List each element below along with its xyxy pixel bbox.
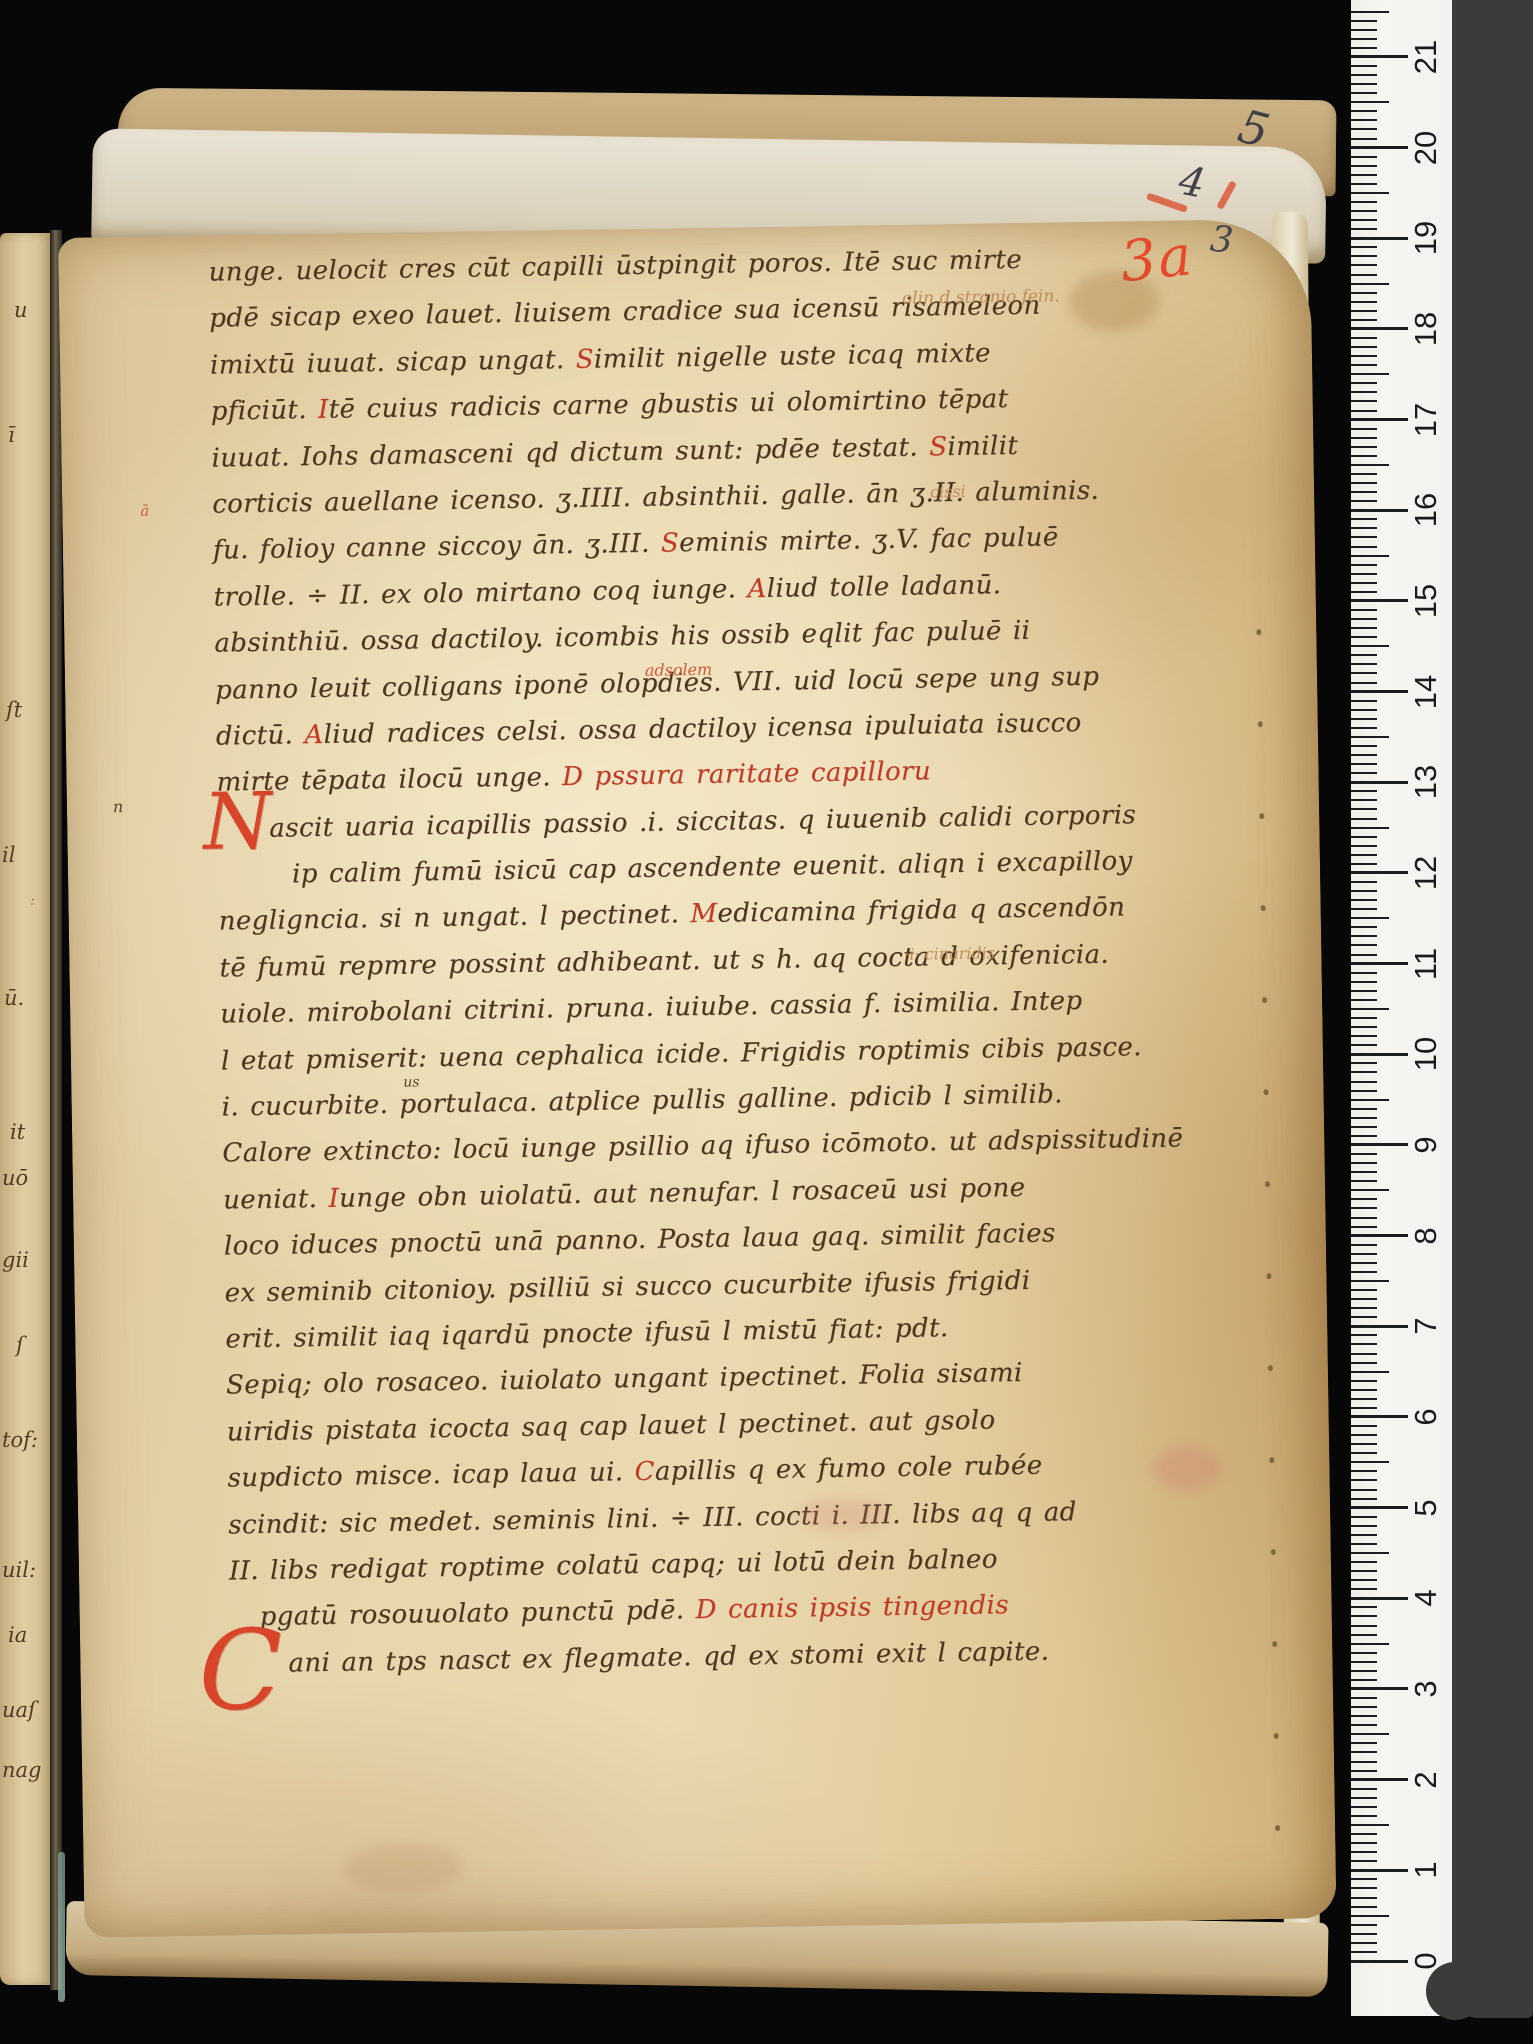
ruler-mm-tick bbox=[1351, 1298, 1377, 1300]
ink-text: corticis auellane icenso. ʒ.IIII. absint… bbox=[212, 476, 1099, 520]
ruler-mm-tick bbox=[1351, 1307, 1377, 1309]
ruler-label: 16 bbox=[1404, 487, 1448, 533]
stain bbox=[343, 1842, 464, 1894]
ruler-mm-tick bbox=[1351, 772, 1377, 774]
edge-fragment: gii bbox=[2, 1248, 29, 1272]
ruler-mm-tick bbox=[1351, 1217, 1377, 1219]
ruler-label: 10 bbox=[1404, 1031, 1448, 1077]
ruler-mm-tick bbox=[1351, 1135, 1377, 1137]
ruler-mm-tick bbox=[1351, 1017, 1377, 1019]
ruler-mm-tick bbox=[1351, 1443, 1377, 1445]
ruler-mm-tick bbox=[1351, 745, 1377, 747]
ruler-mm-tick bbox=[1351, 110, 1377, 112]
ruler-mm-tick bbox=[1351, 183, 1377, 185]
pricking-dot bbox=[1268, 1365, 1273, 1371]
ink-text: imilit nigelle uste icaq mixte bbox=[594, 338, 991, 374]
ruler-mm-tick bbox=[1351, 1262, 1377, 1264]
ruler-mm-tick bbox=[1351, 301, 1377, 303]
pricking-dot bbox=[1274, 1733, 1279, 1739]
ruler-mm-tick bbox=[1351, 319, 1377, 321]
ruler-mm-tick bbox=[1351, 1751, 1377, 1753]
ruler-mm-tick bbox=[1351, 174, 1377, 176]
ruler-mm-tick bbox=[1351, 29, 1377, 31]
ruler-mm-tick bbox=[1351, 999, 1377, 1001]
ink-text: unge obn uiolatū. aut nenufar. l rosaceū… bbox=[339, 1173, 1026, 1214]
rubric-text: C bbox=[634, 1457, 655, 1487]
ruler-mm-tick bbox=[1351, 1389, 1377, 1391]
ink-text: eminis mirte. ʒ.V. fac puluē bbox=[679, 523, 1059, 559]
ruler-label: 1 bbox=[1404, 1847, 1448, 1893]
ruler-mm-tick bbox=[1351, 1724, 1377, 1726]
pricking-dot bbox=[1271, 1549, 1276, 1555]
ruler-mm-tick bbox=[1351, 246, 1377, 248]
ruler-mm-tick bbox=[1351, 917, 1389, 919]
ruler-mm-tick bbox=[1351, 1860, 1377, 1862]
ruler-mm-tick bbox=[1351, 1679, 1377, 1681]
ruler-mm-tick bbox=[1351, 935, 1377, 937]
ink-text: II. libs redigat roptime colatū capq; ui… bbox=[229, 1544, 998, 1586]
ruler-mm-tick bbox=[1351, 1742, 1377, 1744]
ruler-mm-tick bbox=[1351, 854, 1377, 856]
rubricated-initial-C: C bbox=[198, 1615, 284, 1726]
ruler-mm-tick bbox=[1351, 564, 1377, 566]
ruler-mm-tick bbox=[1351, 1434, 1377, 1436]
ink-text: tē cuius radicis carne gbustis ui olomir… bbox=[328, 384, 1008, 425]
ink-text: i. cucurbite. portulaca. atplice pullis … bbox=[221, 1079, 1063, 1122]
ruler-mm-tick bbox=[1351, 1634, 1377, 1636]
ruler-cm-tick bbox=[1351, 418, 1408, 421]
ruler-label: 19 bbox=[1404, 215, 1448, 261]
ink-text: dictū. bbox=[216, 720, 305, 751]
ruler-cm-tick bbox=[1351, 1325, 1408, 1328]
ruler-mm-tick bbox=[1351, 1824, 1389, 1826]
ruler-mm-tick bbox=[1351, 38, 1377, 40]
ruler-label: 21 bbox=[1404, 34, 1448, 80]
ruler-mm-tick bbox=[1351, 1479, 1377, 1481]
ruler-mm-tick bbox=[1351, 1761, 1377, 1763]
ruler-mm-tick bbox=[1351, 954, 1377, 956]
ruler-mm-tick bbox=[1351, 1661, 1377, 1663]
ruler-mm-tick bbox=[1351, 1942, 1377, 1944]
ruler-mm-tick bbox=[1351, 1878, 1377, 1880]
ruler-mm-tick bbox=[1351, 83, 1377, 85]
ruler-cm-tick bbox=[1351, 1778, 1408, 1781]
ruler-mm-tick bbox=[1351, 1099, 1389, 1101]
ruler-mm-tick bbox=[1351, 845, 1377, 847]
ruler-mm-tick bbox=[1351, 1561, 1377, 1563]
ruler-mm-tick bbox=[1351, 437, 1377, 439]
ruler-mm-tick bbox=[1351, 1371, 1389, 1373]
ruler-mm-tick bbox=[1351, 1126, 1377, 1128]
pricking-dot bbox=[1259, 813, 1264, 819]
ink-text: uiole. mirobolani citrini. pruna. iuiube… bbox=[220, 986, 1083, 1030]
ink-text: Sepiq; olo rosaceo. iuiolato ungant ipec… bbox=[226, 1358, 1023, 1401]
ruler-mm-tick bbox=[1351, 799, 1377, 801]
ruler-cm-tick bbox=[1351, 1960, 1408, 1963]
ruler-mm-tick bbox=[1351, 1534, 1377, 1536]
ruler-mm-tick bbox=[1351, 1207, 1377, 1209]
ruler-mm-tick bbox=[1351, 754, 1377, 756]
ruler-mm-tick bbox=[1351, 20, 1377, 22]
ruler-label: 4 bbox=[1404, 1575, 1448, 1621]
facing-page-edge: uīſtil:ū.ituōgiiſtof:uil:iauaſnag bbox=[0, 233, 52, 1985]
interlinear-note: cissi bbox=[930, 482, 966, 502]
ink-text: ani an tps nasct ex flegmate. qd ex stom… bbox=[288, 1636, 1049, 1678]
ruler-mm-tick bbox=[1351, 1289, 1377, 1291]
ruler-mm-tick bbox=[1351, 1316, 1377, 1318]
rubric-text: D pssura raritate capilloru bbox=[562, 757, 931, 793]
ruler-mm-tick bbox=[1351, 1715, 1377, 1717]
ruler-mm-tick bbox=[1351, 654, 1377, 656]
stain bbox=[1069, 271, 1160, 332]
ruler-cm-tick bbox=[1351, 1597, 1408, 1600]
ruler-mm-tick bbox=[1351, 101, 1389, 103]
manuscript-page: 3 3a unge. uelocit cres cūt capilli ūstp… bbox=[58, 218, 1337, 1937]
interlinear-note: olin d stranio fein. bbox=[902, 286, 1060, 308]
ruler-mm-tick bbox=[1351, 763, 1377, 765]
ink-text: imixtū iuuat. sicap ungat. bbox=[210, 345, 576, 381]
ruler-mm-tick bbox=[1351, 1498, 1377, 1500]
ruler-mm-tick bbox=[1351, 1851, 1377, 1853]
ruler-mm-tick bbox=[1351, 310, 1377, 312]
ruler-mm-tick bbox=[1351, 1552, 1389, 1554]
ruler-mm-tick bbox=[1351, 718, 1377, 720]
ruler-mm-tick bbox=[1351, 1652, 1377, 1654]
cm-ruler: 0123456789101112131415161718192021 bbox=[1351, 0, 1452, 2016]
ruler-cm-tick bbox=[1351, 55, 1408, 58]
ruler-cm-tick bbox=[1351, 599, 1408, 602]
edge-fragment: uaſ bbox=[2, 1698, 36, 1722]
interlinear-note: n bbox=[113, 797, 124, 816]
ruler-mm-tick bbox=[1351, 373, 1389, 375]
ink-text: l etat pmiserit: uena cephalica icide. F… bbox=[221, 1032, 1142, 1076]
pricking-dot bbox=[1264, 1089, 1269, 1095]
ruler-mm-tick bbox=[1351, 1008, 1389, 1010]
rubric-text: A bbox=[747, 574, 767, 604]
ruler-backing bbox=[1452, 0, 1533, 2018]
ruler-label: 14 bbox=[1404, 669, 1448, 715]
ruler-mm-tick bbox=[1351, 446, 1377, 448]
rubric-text: S bbox=[661, 529, 680, 559]
ruler-mm-tick bbox=[1351, 1915, 1389, 1917]
ruler-mm-tick bbox=[1351, 709, 1377, 711]
ruler-mm-tick bbox=[1351, 663, 1377, 665]
ruler-mm-tick bbox=[1351, 1162, 1377, 1164]
ruler-mm-tick bbox=[1351, 1788, 1377, 1790]
ruler-mm-tick bbox=[1351, 128, 1377, 130]
ruler-mm-tick bbox=[1351, 518, 1377, 520]
ruler-mm-tick bbox=[1351, 283, 1389, 285]
ruler-mm-tick bbox=[1351, 1924, 1377, 1926]
ruler-mm-tick bbox=[1351, 500, 1377, 502]
ruler-mm-tick bbox=[1351, 410, 1377, 412]
ruler-label: 17 bbox=[1404, 397, 1448, 443]
ruler-mm-tick bbox=[1351, 65, 1377, 67]
ruler-mm-tick bbox=[1351, 346, 1377, 348]
ruler-mm-tick bbox=[1351, 74, 1377, 76]
ruler-mm-tick bbox=[1351, 1697, 1377, 1699]
ruler-label: 7 bbox=[1404, 1303, 1448, 1349]
ruler-mm-tick bbox=[1351, 355, 1377, 357]
ruler-mm-tick bbox=[1351, 618, 1377, 620]
ruler-cm-tick bbox=[1351, 1234, 1408, 1237]
ruler-mm-tick bbox=[1351, 1906, 1377, 1908]
ruler-mm-tick bbox=[1351, 364, 1377, 366]
ruler-mm-tick bbox=[1351, 827, 1389, 829]
ruler-label: 18 bbox=[1404, 306, 1448, 352]
ruler-mm-tick bbox=[1351, 1081, 1377, 1083]
ink-text: liud radices celsi. ossa dactiloy icensa… bbox=[323, 708, 1081, 750]
rubricated-initial-N: N bbox=[203, 783, 272, 862]
ruler-mm-tick bbox=[1351, 1398, 1377, 1400]
ruler-notch bbox=[1426, 1962, 1484, 2020]
ruler-mm-tick bbox=[1351, 473, 1377, 475]
rubric-text: D canis ipsis tingendis bbox=[695, 1591, 1009, 1626]
ruler-mm-tick bbox=[1351, 1226, 1377, 1228]
ruler-label: 6 bbox=[1404, 1394, 1448, 1440]
ruler-mm-tick bbox=[1351, 972, 1377, 974]
ruler-mm-tick bbox=[1351, 1461, 1389, 1463]
pricking-dot bbox=[1265, 1181, 1270, 1187]
ink-text: absinthiū. ossa dactiloy. icombis his os… bbox=[214, 616, 1030, 659]
ruler-label: 11 bbox=[1404, 941, 1448, 987]
ruler-mm-tick bbox=[1351, 1044, 1377, 1046]
book-gutter bbox=[50, 230, 62, 1990]
ruler-cm-tick bbox=[1351, 1869, 1408, 1872]
ruler-mm-tick bbox=[1351, 228, 1377, 230]
ruler-mm-tick bbox=[1351, 890, 1377, 892]
ruler-mm-tick bbox=[1351, 274, 1377, 276]
glass-edge-reflection bbox=[58, 1852, 65, 2002]
ruler-mm-tick bbox=[1351, 1570, 1377, 1572]
ruler-mm-tick bbox=[1351, 219, 1377, 221]
ink-text: fu. folioy canne siccoy ān. ʒ.III. bbox=[213, 529, 661, 566]
ruler-mm-tick bbox=[1351, 609, 1377, 611]
ruler-mm-tick bbox=[1351, 1180, 1377, 1182]
ruler-mm-tick bbox=[1351, 944, 1377, 946]
pricking-dot bbox=[1266, 1273, 1271, 1279]
ruler-mm-tick bbox=[1351, 636, 1377, 638]
ink-text: negligncia. si n ungat. l pectinet. bbox=[219, 900, 691, 937]
ruler-mm-tick bbox=[1351, 1090, 1377, 1092]
ruler-mm-tick bbox=[1351, 1026, 1377, 1028]
ruler-cm-tick bbox=[1351, 962, 1408, 965]
rubric-text: A bbox=[304, 720, 324, 750]
ruler-mm-tick bbox=[1351, 1470, 1377, 1472]
pencil-folio-number-4: 4 bbox=[1175, 158, 1209, 208]
ruler-mm-tick bbox=[1351, 1951, 1377, 1953]
ink-text: trolle. ÷ II. ex olo mirtano coq iunge. bbox=[213, 574, 747, 612]
ruler-cm-tick bbox=[1351, 509, 1408, 512]
edge-fragment: u bbox=[14, 298, 28, 322]
ruler-mm-tick bbox=[1351, 682, 1377, 684]
ruler-mm-tick bbox=[1351, 527, 1377, 529]
ruler-mm-tick bbox=[1351, 1062, 1377, 1064]
ruler-cm-tick bbox=[1351, 871, 1408, 874]
ruler-mm-tick bbox=[1351, 464, 1389, 466]
ruler-mm-tick bbox=[1351, 255, 1377, 257]
ruler-mm-tick bbox=[1351, 455, 1377, 457]
ruler-mm-tick bbox=[1351, 1933, 1377, 1935]
ruler-mm-tick bbox=[1351, 645, 1389, 647]
ruler-mm-tick bbox=[1351, 536, 1377, 538]
ruler-label: 9 bbox=[1404, 1122, 1448, 1168]
ruler-mm-tick bbox=[1351, 1244, 1377, 1246]
ruler-mm-tick bbox=[1351, 591, 1377, 593]
ruler-label: 8 bbox=[1404, 1213, 1448, 1259]
edge-fragment: uil: bbox=[2, 1558, 36, 1582]
ink-text: uiridis pistata icocta saq cap lauet l p… bbox=[227, 1405, 996, 1447]
ink-text: ip calim fumū isicū cap ascendente eueni… bbox=[292, 846, 1133, 889]
pricking-dot bbox=[1256, 629, 1261, 635]
ruler-mm-tick bbox=[1351, 1198, 1377, 1200]
ink-text: iuuat. Iohs damasceni qd dictum sunt: pd… bbox=[211, 432, 929, 473]
interlinear-note: us bbox=[403, 1074, 419, 1090]
ruler-mm-tick bbox=[1351, 1489, 1377, 1491]
ruler-mm-tick bbox=[1351, 700, 1377, 702]
pricking-dot bbox=[1258, 721, 1263, 727]
ink-text: supdicto misce. icap laua ui. bbox=[227, 1457, 635, 1493]
ruler-label: 13 bbox=[1404, 759, 1448, 805]
ruler-mm-tick bbox=[1351, 627, 1377, 629]
ruler-label: 20 bbox=[1404, 125, 1448, 171]
ruler-mm-tick bbox=[1351, 400, 1377, 402]
ink-text: pficiūt. bbox=[211, 395, 319, 427]
ruler-mm-tick bbox=[1351, 1797, 1377, 1799]
manuscript-photo-scene: uīſtil:ū.ituōgiiſtof:uil:iauaſnag 5 4 3 … bbox=[0, 0, 1533, 2044]
ruler-mm-tick bbox=[1351, 1271, 1377, 1273]
ruler-mm-tick bbox=[1351, 192, 1389, 194]
ruler-mm-tick bbox=[1351, 836, 1377, 838]
ruler-mm-tick bbox=[1351, 573, 1377, 575]
ruler-label: 2 bbox=[1404, 1757, 1448, 1803]
ruler-mm-tick bbox=[1351, 1189, 1389, 1191]
pricking-dot bbox=[1261, 905, 1266, 911]
ruler-mm-tick bbox=[1351, 1071, 1377, 1073]
edge-fragment: ſ bbox=[16, 1333, 24, 1357]
edge-fragment: ī bbox=[8, 423, 15, 447]
ruler-mm-tick bbox=[1351, 1670, 1377, 1672]
pricking-dot bbox=[1275, 1825, 1280, 1831]
ruler-mm-tick bbox=[1351, 1842, 1377, 1844]
edge-fragment: : bbox=[30, 893, 35, 909]
interlinear-note: ·i· cinaridis bbox=[904, 943, 995, 963]
ruler-mm-tick bbox=[1351, 165, 1377, 167]
ruler-cm-tick bbox=[1351, 146, 1408, 149]
pricking-dot bbox=[1269, 1457, 1274, 1463]
edge-fragment: il bbox=[2, 843, 15, 867]
ruler-mm-tick bbox=[1351, 138, 1377, 140]
ink-text: imilit bbox=[947, 431, 1018, 462]
ruler-mm-tick bbox=[1351, 210, 1377, 212]
edge-fragment: nag bbox=[2, 1758, 42, 1782]
ruler-cm-tick bbox=[1351, 1506, 1408, 1509]
ruler-mm-tick bbox=[1351, 201, 1377, 203]
ink-text: Calore extincto: locū iunge psillio aq i… bbox=[222, 1124, 1183, 1169]
ruler-mm-tick bbox=[1351, 672, 1377, 674]
ruler-mm-tick bbox=[1351, 990, 1377, 992]
edge-fragment: ū. bbox=[4, 986, 24, 1010]
ruler-cm-tick bbox=[1351, 237, 1408, 240]
ruler-mm-tick bbox=[1351, 818, 1377, 820]
ruler-mm-tick bbox=[1351, 736, 1389, 738]
ink-text: erit. similit iaq iqardū pnocte ifusū l … bbox=[225, 1313, 949, 1354]
ruler-mm-tick bbox=[1351, 337, 1377, 339]
ink-text: apillis q ex fumo cole rubée bbox=[655, 1451, 1043, 1487]
ruler-mm-tick bbox=[1351, 1543, 1377, 1545]
ruler-mm-tick bbox=[1351, 1579, 1377, 1581]
ruler-mm-tick bbox=[1351, 1380, 1377, 1382]
edge-fragment: tof: bbox=[2, 1428, 38, 1452]
ruler-mm-tick bbox=[1351, 1280, 1389, 1282]
pencil-folio-number-3: 3 bbox=[1208, 219, 1234, 262]
edge-fragment: it bbox=[10, 1120, 25, 1144]
ruler-mm-tick bbox=[1351, 1770, 1377, 1772]
ruler-cm-tick bbox=[1351, 327, 1408, 330]
ruler-mm-tick bbox=[1351, 1706, 1377, 1708]
ruler-mm-tick bbox=[1351, 1525, 1377, 1527]
rubric-text: I bbox=[328, 1184, 339, 1214]
rubric-text: I bbox=[318, 395, 329, 425]
ruler-mm-tick bbox=[1351, 555, 1389, 557]
ruler-mm-tick bbox=[1351, 1588, 1377, 1590]
ruler-mm-tick bbox=[1351, 1425, 1377, 1427]
ruler-mm-tick bbox=[1351, 981, 1377, 983]
edge-fragment: uō bbox=[2, 1166, 28, 1190]
ruler-mm-tick bbox=[1351, 1035, 1377, 1037]
ruler-mm-tick bbox=[1351, 1733, 1389, 1735]
ink-text: edicamina frigida q ascendōn bbox=[717, 893, 1125, 929]
ruler-mm-tick bbox=[1351, 926, 1377, 928]
ruler-mm-tick bbox=[1351, 1153, 1377, 1155]
ruler-mm-tick bbox=[1351, 1108, 1377, 1110]
ruler-mm-tick bbox=[1351, 1343, 1377, 1345]
ruler-mm-tick bbox=[1351, 790, 1377, 792]
stain bbox=[1152, 1445, 1223, 1492]
ruler-mm-tick bbox=[1351, 546, 1377, 548]
ruler-cm-tick bbox=[1351, 1687, 1408, 1690]
ruler-mm-tick bbox=[1351, 863, 1377, 865]
pricking-dot bbox=[1272, 1641, 1277, 1647]
ruler-mm-tick bbox=[1351, 1171, 1377, 1173]
edge-fragment: ſt bbox=[6, 698, 22, 722]
ruler-mm-tick bbox=[1351, 1407, 1377, 1409]
ruler-mm-tick bbox=[1351, 1897, 1377, 1899]
ruler-mm-tick bbox=[1351, 1516, 1377, 1518]
ruler-mm-tick bbox=[1351, 382, 1377, 384]
ruler-label: 3 bbox=[1404, 1666, 1448, 1712]
ruler-mm-tick bbox=[1351, 156, 1377, 158]
rubric-text: S bbox=[575, 344, 594, 374]
ruler-mm-tick bbox=[1351, 1362, 1377, 1364]
ruler-mm-tick bbox=[1351, 1353, 1377, 1355]
ruler-mm-tick bbox=[1351, 264, 1377, 266]
ruler-label: 12 bbox=[1404, 850, 1448, 896]
ruler-mm-tick bbox=[1351, 428, 1377, 430]
rubric-text: S bbox=[929, 432, 948, 462]
ruler-mm-tick bbox=[1351, 391, 1377, 393]
ruler-label: 15 bbox=[1404, 578, 1448, 624]
ruler-cm-tick bbox=[1351, 1143, 1408, 1146]
ruler-mm-tick bbox=[1351, 47, 1377, 49]
ruler-cm-tick bbox=[1351, 1415, 1408, 1418]
ruler-cm-tick bbox=[1351, 690, 1408, 693]
ruler-mm-tick bbox=[1351, 1643, 1389, 1645]
ink-text: ueniat. bbox=[223, 1184, 329, 1216]
edge-fragment: ia bbox=[8, 1623, 27, 1647]
ruler-mm-tick bbox=[1351, 1833, 1377, 1835]
ruler-mm-tick bbox=[1351, 11, 1389, 13]
